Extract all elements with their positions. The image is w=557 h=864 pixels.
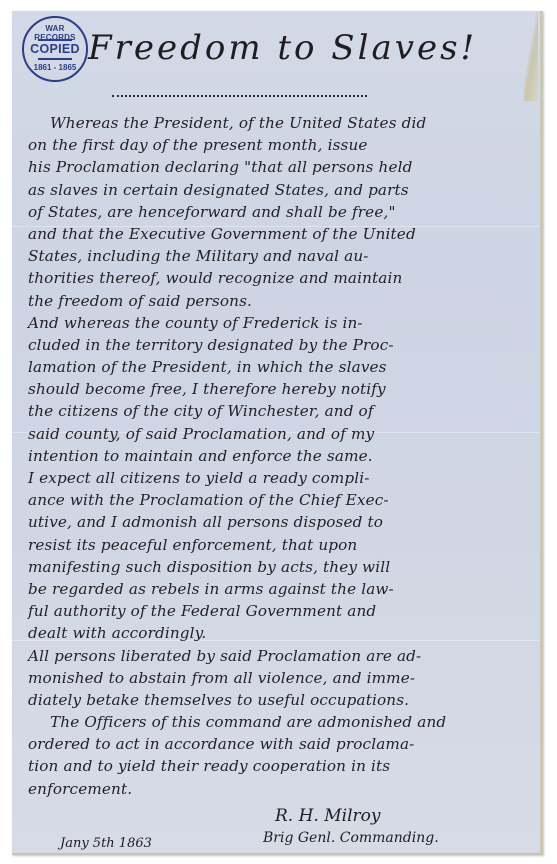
text-line: resist its peaceful enforcement, that up… (28, 534, 518, 556)
text-line: The Officers of this command are admonis… (28, 711, 518, 733)
war-records-stamp-icon: WAR RECORDS COPIED 1861 - 1865 (22, 16, 88, 82)
text-line: be regarded as rebels in arms against th… (28, 578, 518, 600)
text-line: diately betake themselves to useful occu… (28, 689, 518, 711)
text-line: his Proclamation declaring "that all per… (28, 156, 518, 178)
stamp-divider (38, 39, 72, 41)
signature-title: Brig Genl. Commanding. (263, 830, 439, 846)
text-line: ordered to act in accordance with said p… (28, 733, 518, 755)
document-body: Whereas the President, of the United Sta… (28, 112, 518, 800)
text-line: said county, of said Proclamation, and o… (28, 423, 518, 445)
text-line: the freedom of said persons. (28, 290, 518, 312)
text-line: And whereas the county of Frederick is i… (28, 312, 518, 334)
text-line: I expect all citizens to yield a ready c… (28, 467, 518, 489)
document-title: Freedom to Slaves! (88, 28, 477, 68)
stamp-divider (38, 58, 72, 60)
title-underline (112, 95, 367, 97)
text-line: States, including the Military and naval… (28, 245, 518, 267)
text-line: utive, and I admonish all persons dispos… (28, 511, 518, 533)
text-line: lamation of the President, in which the … (28, 356, 518, 378)
paper-edge-wear (524, 11, 538, 101)
text-line: cluded in the territory designated by th… (28, 334, 518, 356)
text-line: as slaves in certain designated States, … (28, 179, 518, 201)
text-line: on the first day of the present month, i… (28, 134, 518, 156)
text-line: tion and to yield their ready cooperatio… (28, 755, 518, 777)
text-line: ful authority of the Federal Government … (28, 600, 518, 622)
text-line: All persons liberated by said Proclamati… (28, 645, 518, 667)
text-line: ance with the Proclamation of the Chief … (28, 489, 518, 511)
text-line: of States, are henceforward and shall be… (28, 201, 518, 223)
stamp-center-text: COPIED (24, 42, 86, 56)
signature: R. H. Milroy (275, 806, 381, 826)
text-line: dealt with accordingly. (28, 622, 518, 644)
text-line: should become free, I therefore hereby n… (28, 378, 518, 400)
text-line: thorities thereof, would recognize and m… (28, 267, 518, 289)
text-line: monished to abstain from all violence, a… (28, 667, 518, 689)
stamp-bottom-text: 1861 - 1865 (24, 63, 86, 72)
text-line: manifesting such disposition by acts, th… (28, 556, 518, 578)
document-date: Jany 5th 1863 (60, 836, 152, 851)
text-line: Whereas the President, of the United Sta… (28, 112, 518, 134)
text-line: the citizens of the city of Winchester, … (28, 400, 518, 422)
text-line: and that the Executive Government of the… (28, 223, 518, 245)
text-line: intention to maintain and enforce the sa… (28, 445, 518, 467)
text-line: enforcement. (28, 778, 518, 800)
